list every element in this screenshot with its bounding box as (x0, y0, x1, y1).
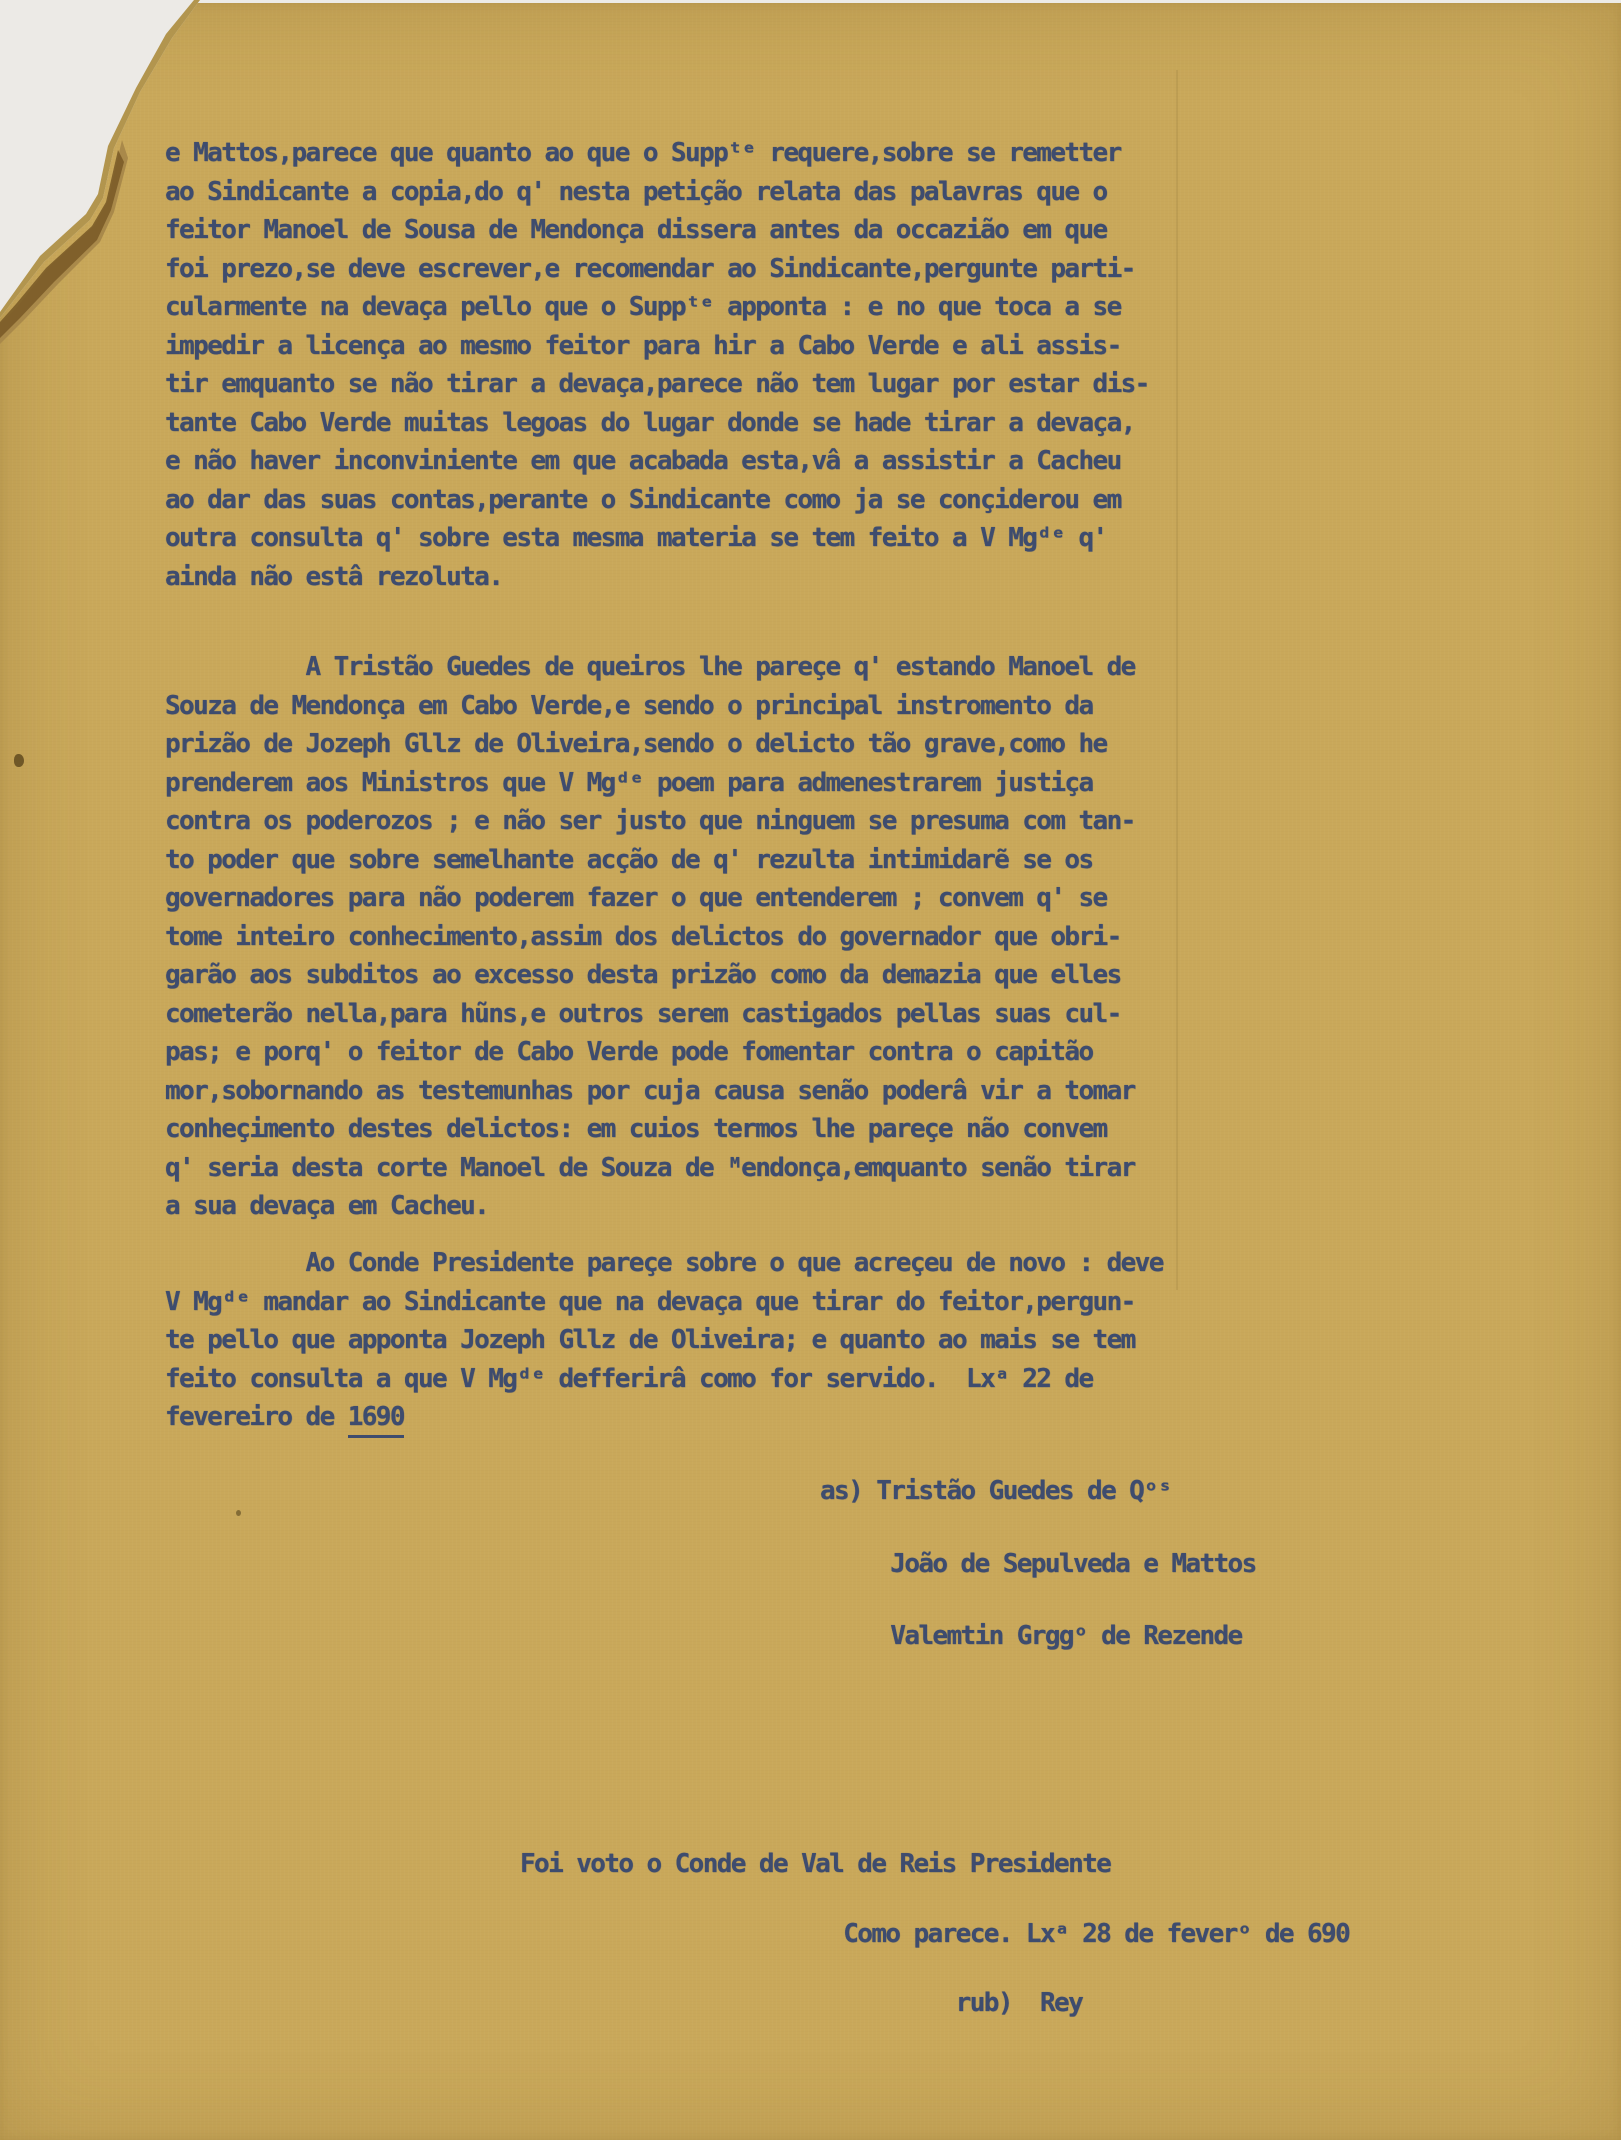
text-line: Valemtin Grggᵒ de Rezende (820, 1617, 1256, 1656)
text-line: tome inteiro conhecimento,assim dos deli… (165, 918, 1135, 957)
text-line: Como parece. Lxᵃ 28 de feverᵒ de 690 (520, 1915, 1349, 1954)
paper-crease (1176, 70, 1178, 1290)
text-line: impedir a licença ao mesmo feitor para h… (165, 327, 1149, 366)
paragraph-3: Ao Conde Presidente pareçe sobre o que a… (165, 1244, 1163, 1437)
paper-speck (14, 754, 24, 767)
text-line: Ao Conde Presidente pareçe sobre o que a… (165, 1244, 1163, 1283)
text-line: tir emquanto se não tirar a devaça,parec… (165, 365, 1149, 404)
text-line: a sua devaça em Cacheu. (165, 1187, 1135, 1226)
text-line: foi prezo,se deve escrever,e recomendar … (165, 250, 1149, 289)
text-line: tante Cabo Verde muitas legoas do lugar … (165, 404, 1149, 443)
text-line: ainda não estâ rezoluta. (165, 558, 1149, 597)
text-line: garão aos subditos ao excesso desta priz… (165, 956, 1135, 995)
paragraph-3-date-line: fevereiro de 1690 (165, 1398, 1163, 1437)
text-line: te pello que apponta Jozeph Gllz de Oliv… (165, 1321, 1163, 1360)
paragraph-3-lines: Ao Conde Presidente pareçe sobre o que a… (165, 1244, 1163, 1398)
text-line: rub) Rey (520, 1984, 1349, 2023)
closing-block: Foi voto o Conde de Val de Reis Presiden… (520, 1845, 1349, 2054)
text-line: V Mgᵈᵉ mandar ao Sindicante que na devaç… (165, 1283, 1163, 1322)
text-line: e não haver inconviniente em que acabada… (165, 442, 1149, 481)
text-line: cularmente na devaça pello que o Suppᵗᵉ … (165, 288, 1149, 327)
signatures-block: as) Tristão Guedes de Qᵒˢ João de Sepulv… (820, 1472, 1256, 1690)
text-line: cometerão nella,para hũns,e outros serem… (165, 995, 1135, 1034)
text-line: to poder que sobre semelhante acção de q… (165, 841, 1135, 880)
underlined-year: 1690 (348, 1402, 404, 1438)
text-line: as) Tristão Guedes de Qᵒˢ (820, 1472, 1256, 1511)
text-line: mor,sobornando as testemunhas por cuja c… (165, 1072, 1135, 1111)
scanned-document: e Mattos,parece que quanto ao que o Supp… (0, 0, 1621, 2140)
text-line: Souza de Mendonça em Cabo Verde,e sendo … (165, 687, 1135, 726)
paper-speck-small (236, 1510, 241, 1516)
text-line: feito consulta a que V Mgᵈᵉ defferirâ co… (165, 1360, 1163, 1399)
text-line: prenderem aos Ministros que V Mgᵈᵉ poem … (165, 764, 1135, 803)
text-line: conheçimento destes delictos: em cuios t… (165, 1110, 1135, 1149)
text-line: governadores para não poderem fazer o qu… (165, 879, 1135, 918)
text-line: outra consulta q' sobre esta mesma mater… (165, 519, 1149, 558)
text-line: A Tristão Guedes de queiros lhe pareçe q… (165, 648, 1135, 687)
text-line: q' seria desta corte Manoel de Souza de … (165, 1149, 1135, 1188)
text-line: e Mattos,parece que quanto ao que o Supp… (165, 134, 1149, 173)
text-line: prizão de Jozeph Gllz de Oliveira,sendo … (165, 725, 1135, 764)
text-line: Foi voto o Conde de Val de Reis Presiden… (520, 1845, 1349, 1884)
paragraph-2: A Tristão Guedes de queiros lhe pareçe q… (165, 648, 1135, 1226)
paragraph-1: e Mattos,parece que quanto ao que o Supp… (165, 134, 1149, 596)
date-line-prefix: fevereiro de (165, 1402, 348, 1432)
text-line: pas; e porq' o feitor de Cabo Verde pode… (165, 1033, 1135, 1072)
text-line: João de Sepulveda e Mattos (820, 1545, 1256, 1584)
text-line: feitor Manoel de Sousa de Mendonça disse… (165, 211, 1149, 250)
text-line: ao Sindicante a copia,do q' nesta petiçã… (165, 173, 1149, 212)
text-line: ao dar das suas contas,perante o Sindica… (165, 481, 1149, 520)
text-line: contra os poderozos ; e não ser justo qu… (165, 802, 1135, 841)
